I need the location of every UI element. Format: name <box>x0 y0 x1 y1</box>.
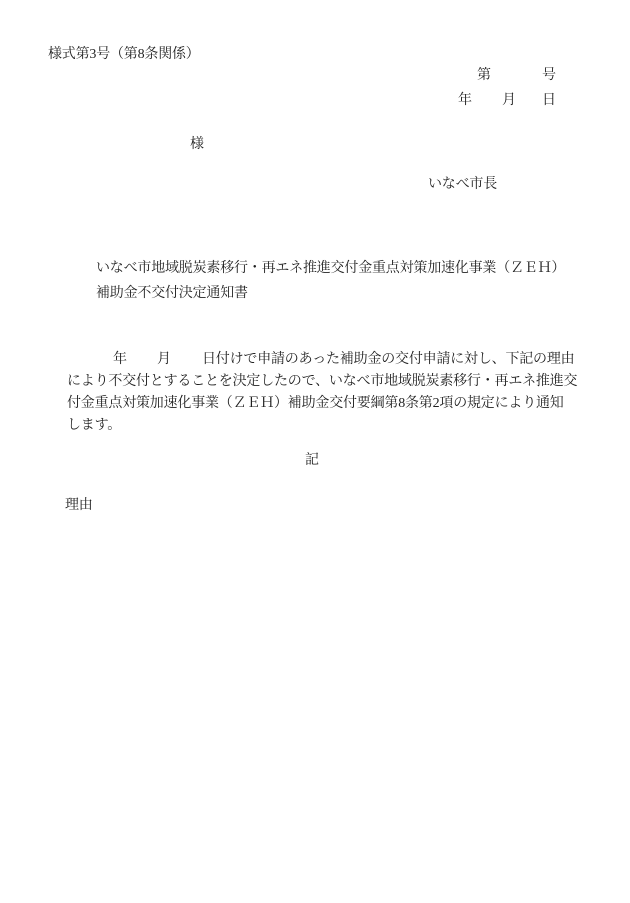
body-month-blank: 月 <box>157 348 171 368</box>
date-month-label: 月 <box>502 92 516 110</box>
doc-number-prefix: 第 <box>477 67 491 85</box>
body-paragraph-line1: 年 月 日付けで申請のあった補助金の交付申請に対し、下記の理由 <box>67 348 607 368</box>
document-title-line2: 補助金不交付決定通知書 <box>96 285 248 303</box>
sender-name: いなべ市長 <box>428 176 497 194</box>
document-page: 様式第3号（第8条関係） 第 号 年 月 日 様 いなべ市長 いなべ市地域脱炭素… <box>0 0 630 903</box>
body-year-blank: 年 <box>113 348 127 368</box>
body-line1-text: 日付けで申請のあった補助金の交付申請に対し、下記の理由 <box>202 348 574 368</box>
document-title-line1: いなべ市地域脱炭素移行・再エネ推進交付金重点対策加速化事業（ＺＥＨ） <box>96 260 565 278</box>
reason-label: 理由 <box>65 497 93 515</box>
record-marker: 記 <box>305 452 319 470</box>
date-year-label: 年 <box>458 92 472 110</box>
body-paragraph-line4: します。 <box>67 414 121 434</box>
form-number: 様式第3号（第8条関係） <box>48 46 200 64</box>
addressee-honorific: 様 <box>190 136 204 154</box>
date-day-label: 日 <box>542 92 556 110</box>
doc-number-suffix: 号 <box>542 67 556 85</box>
body-paragraph-line3: 付金重点対策加速化事業（ＺＥＨ）補助金交付要綱第8条第2項の規定により通知 <box>67 392 564 412</box>
body-paragraph-line2: により不交付とすることを決定したので、いなべ市地域脱炭素移行・再エネ推進交 <box>67 370 577 390</box>
